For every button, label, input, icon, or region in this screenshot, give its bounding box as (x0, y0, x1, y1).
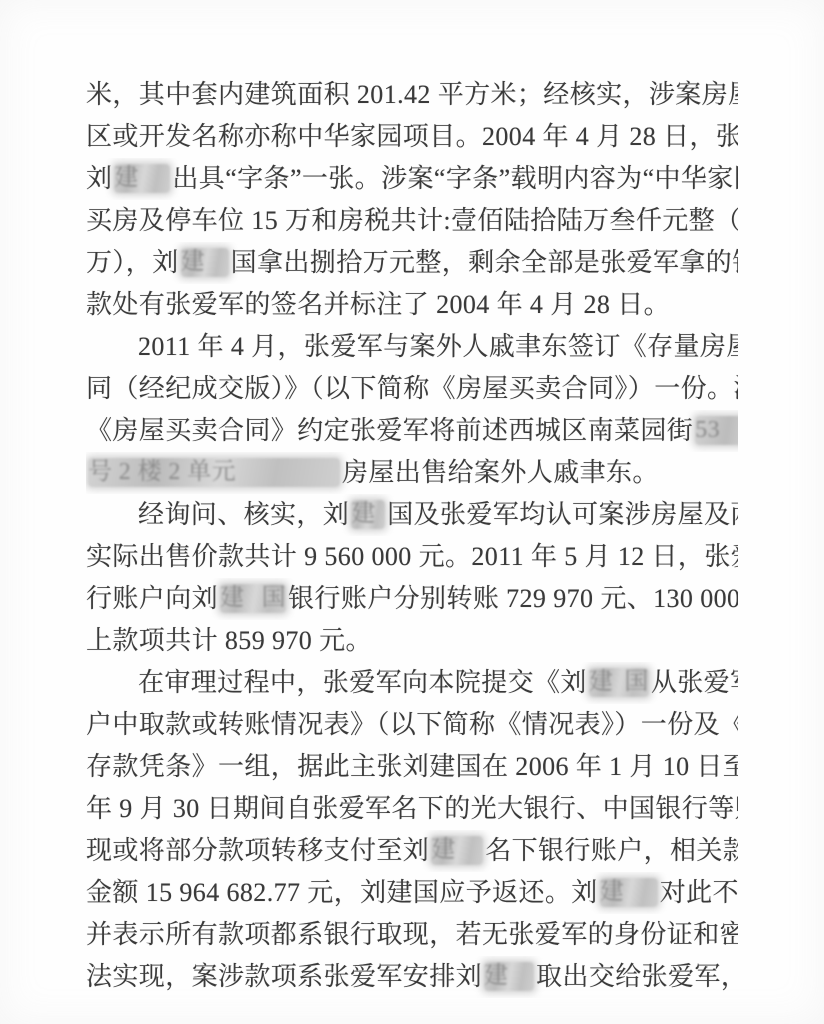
line-text: 同（经纪成交版）》（以下简称《房屋买卖合同》）一份。涉案 (86, 374, 738, 403)
line-text: 取出交给张爱军，张爱军 (536, 962, 738, 991)
line-text: 实际出售价款共计 9 560 000 元。2011 年 5 月 12 日，张爱军… (86, 542, 738, 571)
redaction-smudge: 建 (351, 500, 385, 529)
line-text: 2011 年 4 月，张爱军与案外人戚聿东签订《存量房屋买卖合 (138, 332, 738, 361)
redaction-smudge: 建国 (220, 584, 286, 613)
redaction-smudge: 建 (181, 248, 229, 277)
text-line: 上款项共计 859 970 元。 (86, 620, 738, 662)
line-text: 上款项共计 859 970 元。 (86, 626, 372, 655)
text-line: 号 2 楼 2 单元房屋出售给案外人戚聿东。 (86, 452, 738, 494)
line-text: 万），刘 (86, 248, 179, 277)
line-text: 现或将部分款项转移支付至刘 (86, 836, 429, 865)
redaction-smudge: 建国 (589, 668, 649, 697)
text-line: 《房屋买卖合同》约定张爱军将前述西城区南菜园街53 号院 (86, 410, 738, 452)
line-text: 买房及停车位 15 万和房税共计:壹佰陆拾陆万叁仟元整（¥166.3 (86, 206, 738, 235)
text-line: 年 9 月 30 日期间自张爱军名下的光大银行、中国银行等账户中取 (86, 788, 738, 830)
text-line: 户中取款或转账情况表》（以下简称《情况表》）一份及《储蓄 (86, 704, 738, 746)
text-line: 刘建出具“字条”一张。涉案“字条”载明内容为“中华家园 (86, 158, 738, 200)
redaction-smudge: 53 号院 (695, 416, 738, 445)
line-text: 在审理过程中，张爱军向本院提交《刘 (138, 668, 587, 697)
redaction-smudge: 建 (114, 164, 170, 193)
line-text: 户中取款或转账情况表》（以下简称《情况表》）一份及《储蓄 (86, 710, 738, 739)
line-text: 刘 (86, 164, 112, 193)
line-text: 国及张爱军均认可案涉房屋及两个车位 (387, 500, 738, 529)
text-line: 行账户向刘建国银行账户分别转账 729 970 元、130 000 元，以 (86, 578, 738, 620)
line-text: 出具“字条”一张。涉案“字条”载明内容为“中华家园 (172, 164, 738, 193)
text-line: 买房及停车位 15 万和房税共计:壹佰陆拾陆万叁仟元整（¥166.3 (86, 200, 738, 242)
line-text: 银行账户分别转账 729 970 元、130 000 元，以 (288, 584, 738, 613)
text-line: 在审理过程中，张爱军向本院提交《刘建国从张爱军银行账 (86, 662, 738, 704)
redaction-smudge: 建 (600, 878, 658, 907)
text-line: 现或将部分款项转移支付至刘建名下银行账户，相关款项共计 (86, 830, 738, 872)
line-text: 年 9 月 30 日期间自张爱军名下的光大银行、中国银行等账户中取 (86, 794, 738, 823)
document-lines: 米，其中套内建筑面积 201.42 平方米；经核实，涉案房屋所在小区或开发名称亦… (86, 74, 738, 998)
text-line: 并表示所有款项都系银行取现，若无张爱军的身份证和密码则无 (86, 914, 738, 956)
redaction-smudge: 建 (484, 962, 534, 991)
document-page: 米，其中套内建筑面积 201.42 平方米；经核实，涉案房屋所在小区或开发名称亦… (0, 0, 824, 1024)
line-text: 《房屋买卖合同》约定张爱军将前述西城区南菜园街 (86, 416, 693, 445)
text-line: 2011 年 4 月，张爱军与案外人戚聿东签订《存量房屋买卖合 (86, 326, 738, 368)
text-line: 款处有张爱军的签名并标注了 2004 年 4 月 28 日。 (86, 284, 738, 326)
line-text: 房屋出售给案外人戚聿东。 (342, 458, 659, 487)
text-line: 实际出售价款共计 9 560 000 元。2011 年 5 月 12 日，张爱军… (86, 536, 738, 578)
line-text: 并表示所有款项都系银行取现，若无张爱军的身份证和密码则无 (86, 920, 738, 949)
line-text: 款处有张爱军的签名并标注了 2004 年 4 月 28 日。 (86, 290, 670, 319)
redaction-smudge: 号 2 楼 2 单元 (88, 458, 340, 487)
text-line: 金额 15 964 682.77 元，刘建国应予返还。刘建对此不予认可， (86, 872, 738, 914)
line-text: 从张爱军银行账 (651, 668, 738, 697)
line-text: 存款凭条》一组，据此主张刘建国在 2006 年 1 月 10 日至 2006 (86, 752, 738, 781)
text-line: 经询问、核实，刘建国及张爱军均认可案涉房屋及两个车位 (86, 494, 738, 536)
line-text: 法实现，案涉款项系张爱军安排刘 (86, 962, 482, 991)
text-line: 米，其中套内建筑面积 201.42 平方米；经核实，涉案房屋所在小 (86, 74, 738, 116)
redaction-smudge: 建 (431, 836, 483, 865)
line-text: 米，其中套内建筑面积 201.42 平方米；经核实，涉案房屋所在小 (86, 80, 738, 109)
line-text: 经询问、核实，刘 (138, 500, 349, 529)
line-text: 名下银行账户，相关款项共计 (485, 836, 738, 865)
text-line: 万），刘建国拿出捌拾万元整，剩余全部是张爱军拿的钱。”落 (86, 242, 738, 284)
line-text: 金额 15 964 682.77 元，刘建国应予返还。刘 (86, 878, 598, 907)
line-text: 行账户向刘 (86, 584, 218, 613)
text-line: 区或开发名称亦称中华家园项目。2004 年 4 月 28 日，张爱军向 (86, 116, 738, 158)
text-line: 法实现，案涉款项系张爱军安排刘建取出交给张爱军，张爱军 (86, 956, 738, 998)
text-line: 同（经纪成交版）》（以下简称《房屋买卖合同》）一份。涉案 (86, 368, 738, 410)
line-text: 国拿出捌拾万元整，剩余全部是张爱军拿的钱。”落 (231, 248, 738, 277)
line-text: 区或开发名称亦称中华家园项目。2004 年 4 月 28 日，张爱军向 (86, 122, 738, 151)
text-line: 存款凭条》一组，据此主张刘建国在 2006 年 1 月 10 日至 2006 (86, 746, 738, 788)
line-text: 对此不予认可， (660, 878, 738, 907)
